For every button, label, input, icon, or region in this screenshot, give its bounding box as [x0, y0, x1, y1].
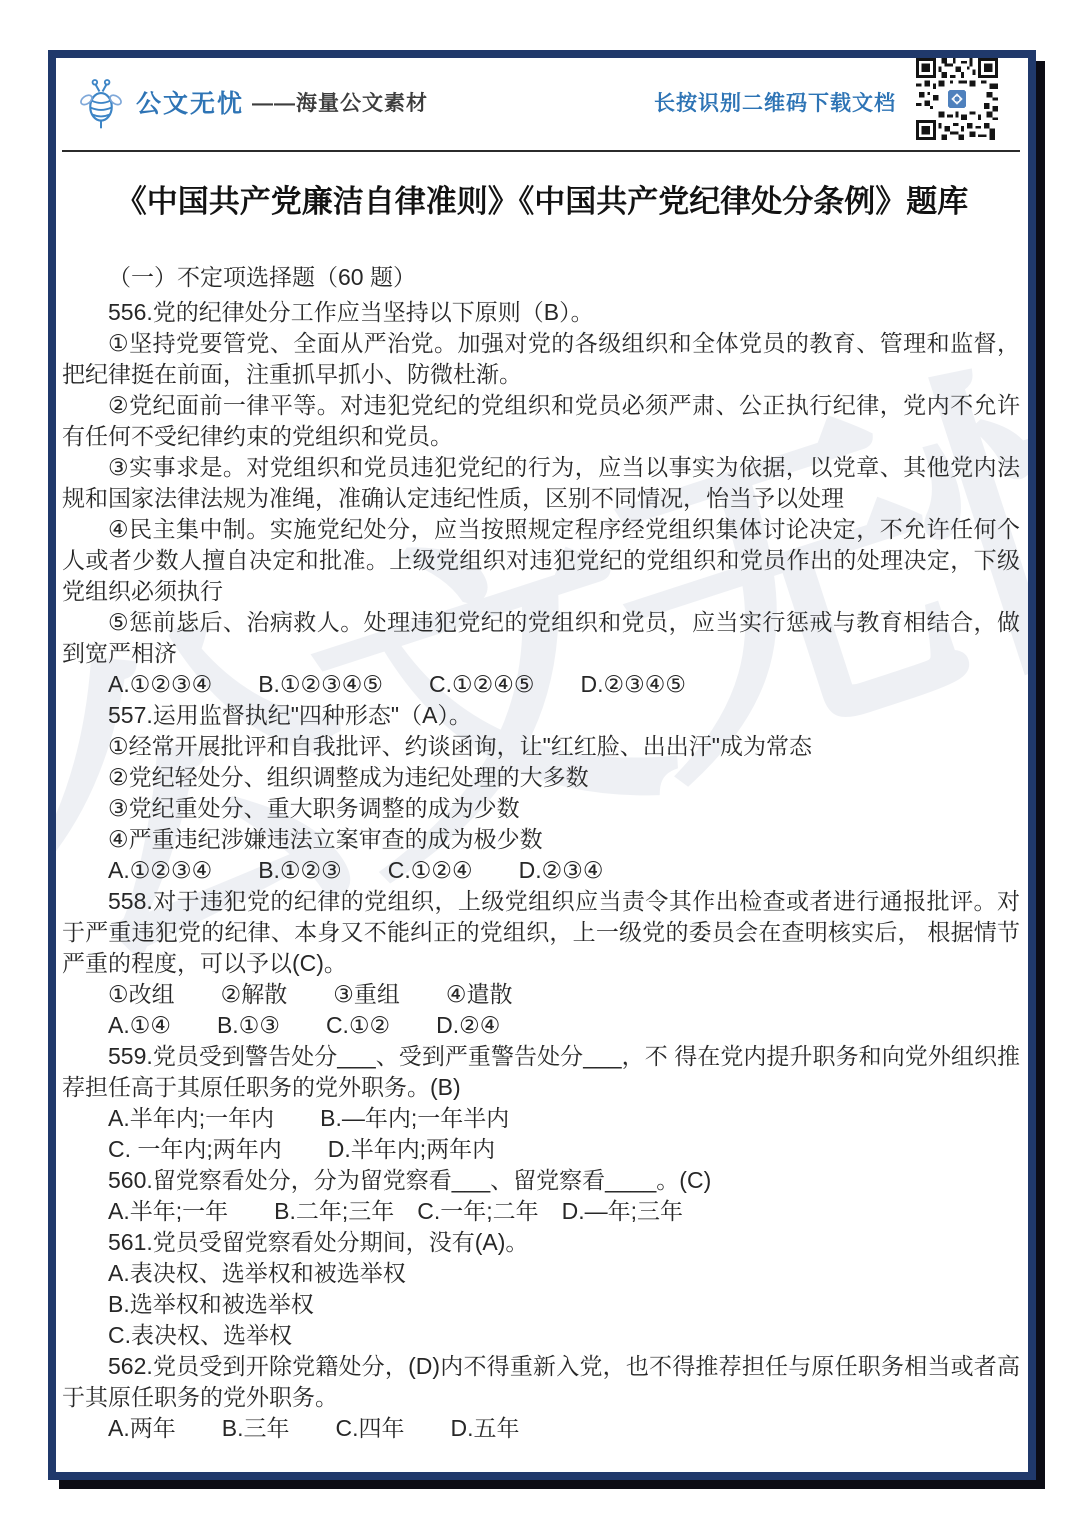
body-paragraph: ②党纪面前一律平等。对违犯党纪的党组织和党员必须严肃、公正执行纪律，党内不允许有…	[62, 390, 1020, 452]
body-paragraph: ③实事求是。对党组织和党员违犯党纪的行为，应当以事实为依据，以党章、其他党内法规…	[62, 452, 1020, 514]
body-paragraph: 558.对于违犯党的纪律的党组织，上级党组织应当责令其作出检查或者进行通报批评。…	[62, 886, 1020, 979]
header-divider	[62, 150, 1020, 152]
brand: 公文无忧 ——海量公文素材	[78, 72, 428, 132]
body-paragraph: 561.党员受留党察看处分期间，没有(A)。	[62, 1227, 1020, 1258]
body-paragraph: A.表决权、选举权和被选举权	[62, 1258, 1020, 1289]
body-paragraph: A.①④ B.①③ C.①② D.②④	[62, 1010, 1020, 1041]
body-paragraph: C.表决权、选举权	[62, 1320, 1020, 1351]
body-paragraph: A.①②③④ B.①②③④⑤ C.①②④⑤ D.②③④⑤	[62, 669, 1020, 700]
body-paragraph: 560.留党察看处分，分为留党察看___、留党察看____。(C)	[62, 1165, 1020, 1196]
body-paragraph: ①坚持党要管党、全面从严治党。加强对党的各级组织和全体党员的教育、管理和监督，把…	[62, 328, 1020, 390]
body-paragraph: C. 一年内;两年内 D.半年内;两年内	[62, 1134, 1020, 1165]
body-paragraph: ②党纪轻处分、组织调整成为违纪处理的大多数	[62, 762, 1020, 793]
body-paragraph: A.①②③④ B.①②③ C.①②④ D.②③④	[62, 855, 1020, 886]
document-page: 公文无忧 公文无	[48, 50, 1036, 1480]
body-paragraph: A.半年;一年 B.二年;三年 C.一年;二年 D.—年;三年	[62, 1196, 1020, 1227]
body-paragraph: 557.运用监督执纪"四种形态"（A）。	[62, 700, 1020, 731]
body-paragraph: 556.党的纪律处分工作应当坚持以下原则（B）。	[62, 297, 1020, 328]
qr-code	[916, 58, 998, 140]
body-paragraph: ④严重违纪涉嫌违法立案审查的成为极少数	[62, 824, 1020, 855]
page-inner: 公文无忧 公文无	[56, 58, 1028, 1472]
body-paragraph: ③党纪重处分、重大职务调整的成为少数	[62, 793, 1020, 824]
body-paragraph: ⑤惩前毖后、治病救人。处理违犯党纪的党组织和党员，应当实行惩戒与教育相结合，做到…	[62, 607, 1020, 669]
document-body: （一）不定项选择题（60 题） 556.党的纪律处分工作应当坚持以下原则（B）。…	[62, 262, 1020, 1444]
body-paragraph: B.选举权和被选举权	[62, 1289, 1020, 1320]
page-title: 《中国共产党廉洁自律准则》《中国共产党纪律处分条例》题库	[62, 182, 1022, 222]
page-header: 公文无忧 ——海量公文素材 长按识别二维码下载文档	[56, 58, 1028, 146]
screenshot-canvas: 公文无忧 公文无	[0, 0, 1080, 1527]
brand-name: 公文无忧	[136, 84, 244, 120]
body-paragraph: ④民主集中制。实施党纪处分，应当按照规定程序经党组织集体讨论决定，不允许任何个人…	[62, 514, 1020, 607]
bee-logo-icon	[78, 74, 124, 132]
body-paragraph: ①改组 ②解散 ③重组 ④遣散	[62, 979, 1020, 1010]
body-paragraph: A.半年内;一年内 B.—年内;一年半内	[62, 1103, 1020, 1134]
body-paragraph: 559.党员受到警告处分___、受到严重警告处分___，不 得在党内提升职务和向…	[62, 1041, 1020, 1103]
body-paragraph: ①经常开展批评和自我批评、约谈函询，让"红红脸、出出汗"成为常态	[62, 731, 1020, 762]
body-paragraph: A.两年 B.三年 C.四年 D.五年	[62, 1413, 1020, 1444]
brand-tagline: ——海量公文素材	[252, 87, 428, 117]
body-paragraph: 562.党员受到开除党籍处分，(D)内不得重新入党，也不得推荐担任与原任职务相当…	[62, 1351, 1020, 1413]
section-heading: （一）不定项选择题（60 题）	[62, 262, 1020, 293]
qr-hint-text: 长按识别二维码下载文档	[654, 87, 896, 117]
